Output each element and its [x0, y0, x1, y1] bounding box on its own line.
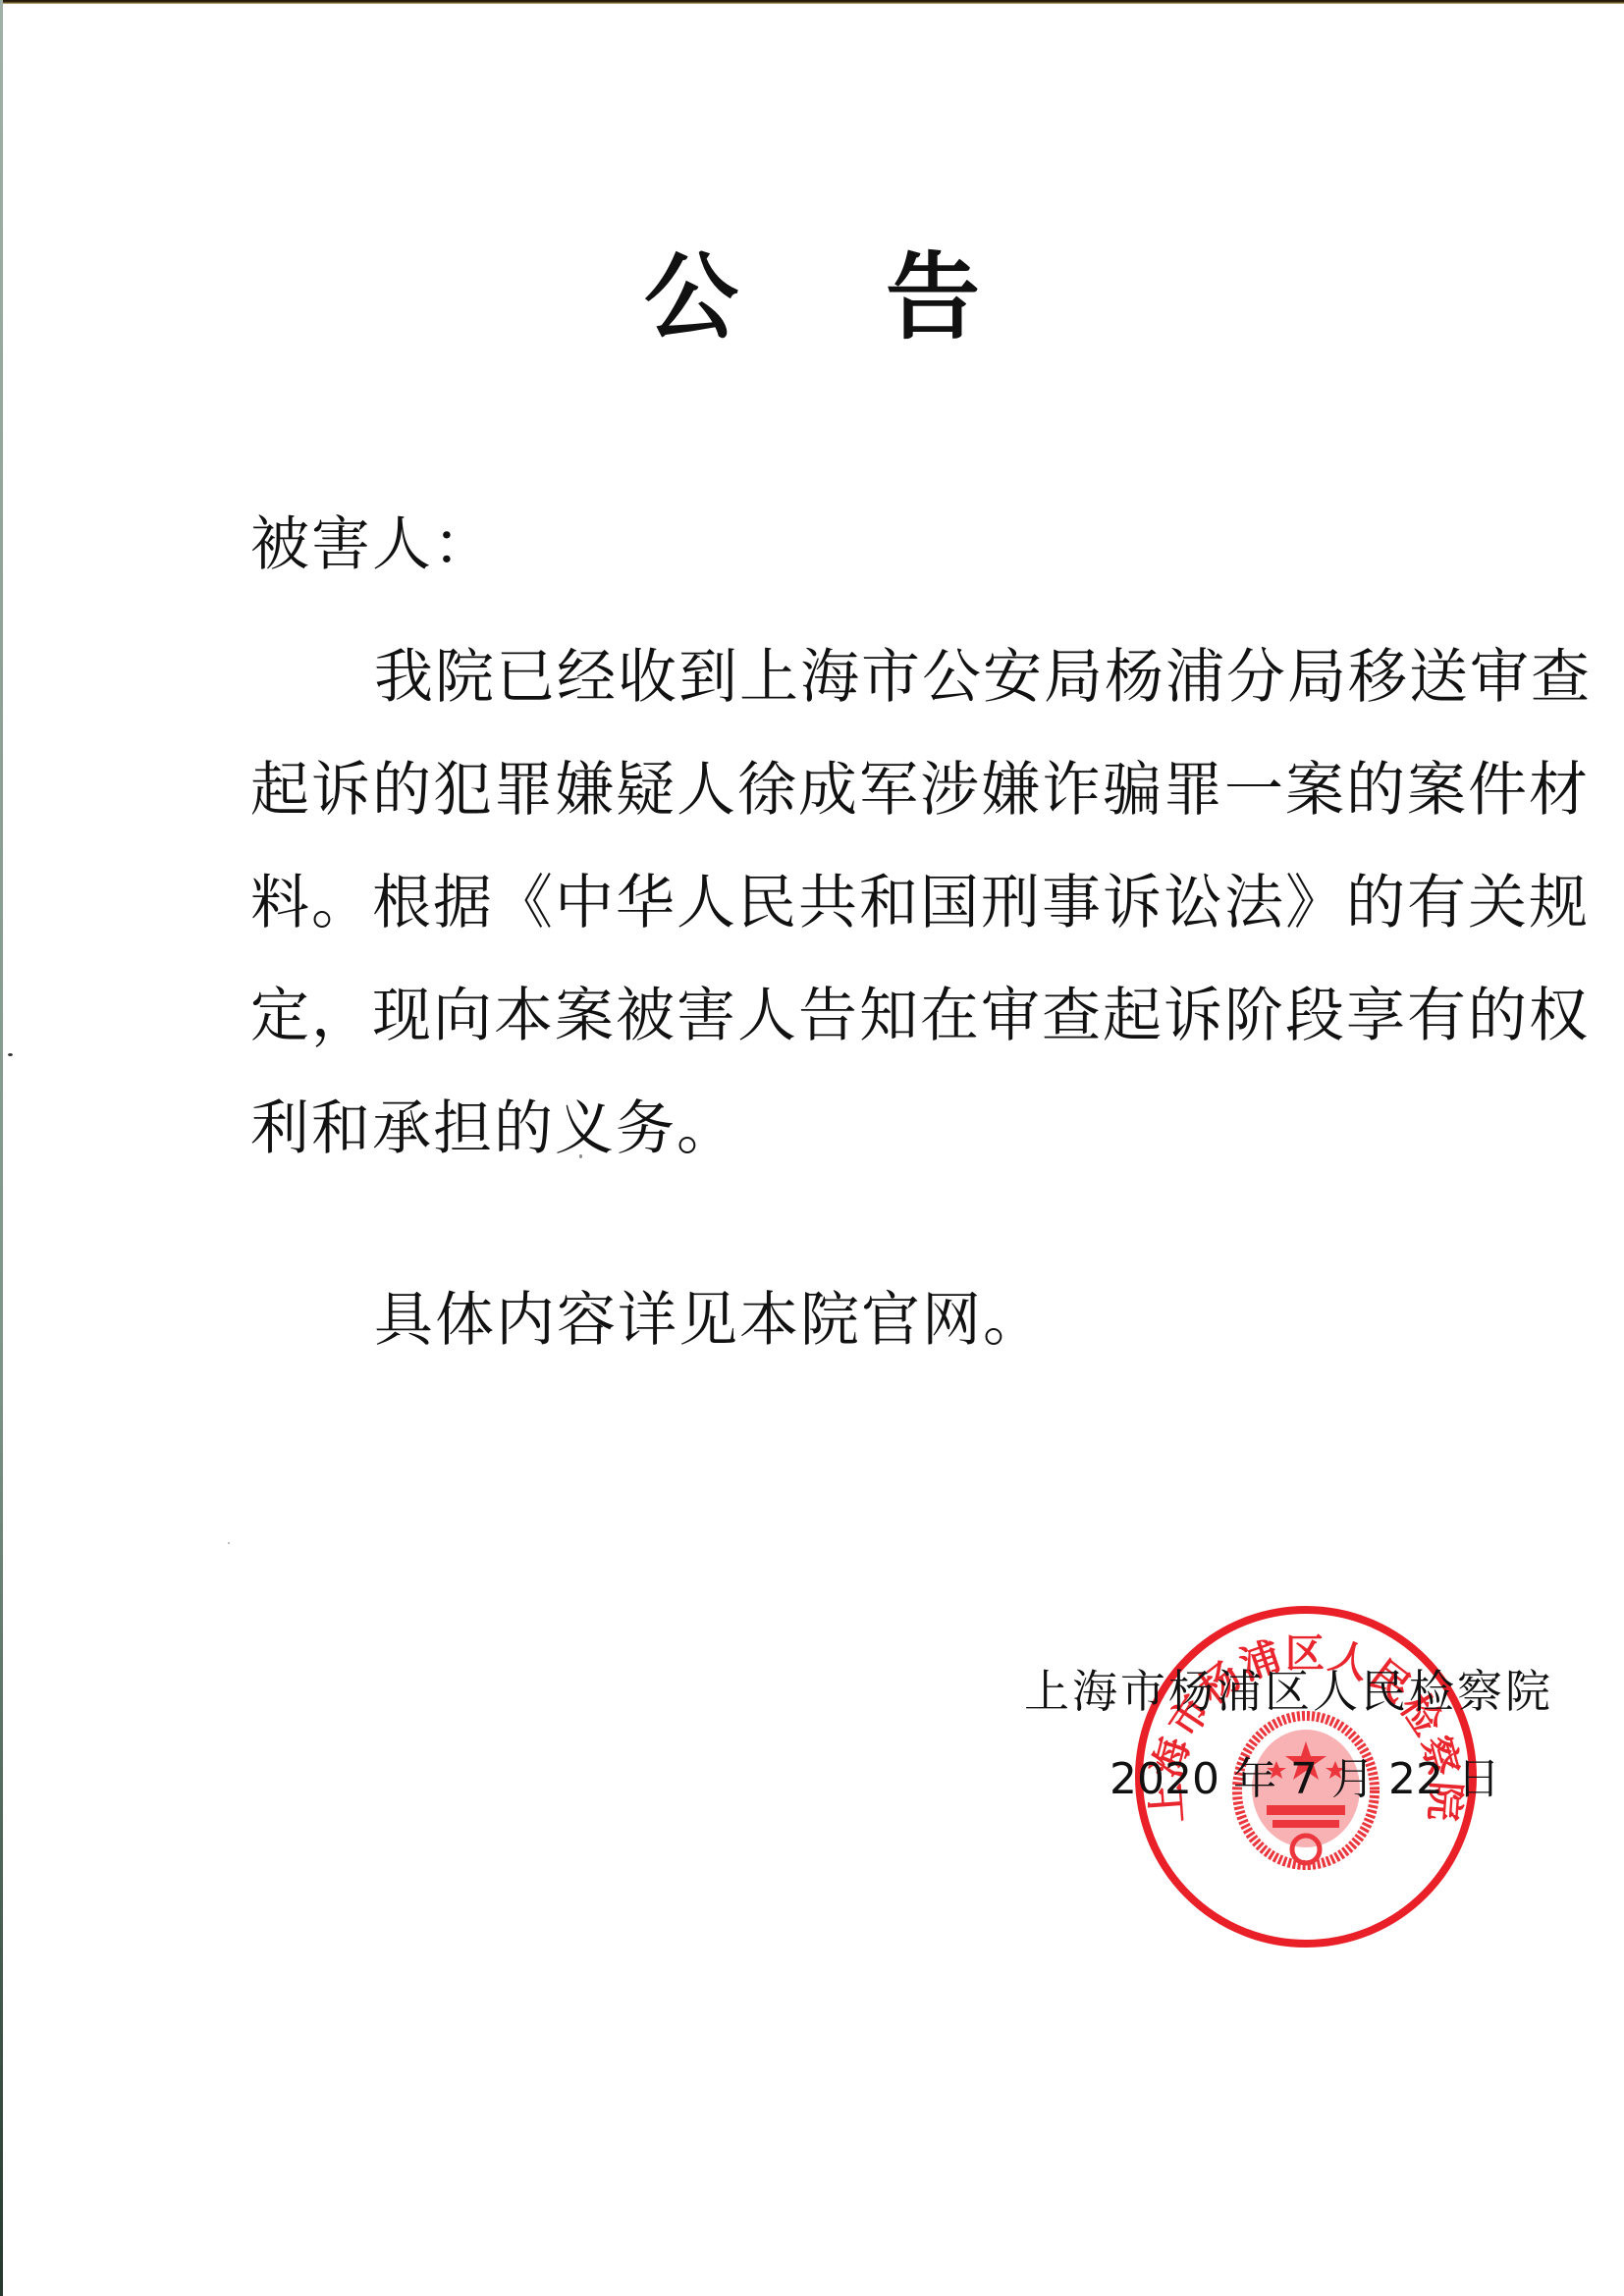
- scan-speck: [8, 1053, 13, 1056]
- date-day: 22: [1388, 1754, 1443, 1804]
- paragraph-line: 起诉的犯罪嫌疑人徐成军涉嫌诈骗罪一案的案件材: [250, 756, 1605, 825]
- date-month-unit: 月: [1331, 1754, 1375, 1804]
- date-year: 2020: [1110, 1754, 1219, 1804]
- title-char: 公: [644, 243, 738, 351]
- paragraph-line: 我院已经收到上海市公安局杨浦分局移送审查: [374, 643, 1624, 712]
- salutation: 被害人：: [250, 510, 1605, 579]
- paragraph-line: 料。根据《中华人民共和国刑事诉讼法》的有关规: [250, 869, 1605, 937]
- page-title: 公告: [0, 243, 1624, 351]
- paragraph-line: 定，现向本案被害人告知在审查起诉阶段享有的权: [250, 982, 1605, 1050]
- date-year-unit: 年: [1233, 1754, 1276, 1804]
- paragraph-details: 具体内容详见本院官网。: [374, 1286, 1624, 1355]
- signature-organization: 上海市杨浦区人民检察院: [1024, 1665, 1553, 1718]
- title-char: 告: [886, 243, 980, 351]
- signature-date: 2020 年 7 月 22 日: [1110, 1753, 1500, 1806]
- date-month: 7: [1290, 1754, 1318, 1804]
- date-day-unit: 日: [1457, 1754, 1500, 1804]
- scan-speck: [228, 1542, 230, 1544]
- scan-edge-top: [0, 0, 1624, 4]
- paragraph-line: 利和承担的义务。: [250, 1095, 1605, 1163]
